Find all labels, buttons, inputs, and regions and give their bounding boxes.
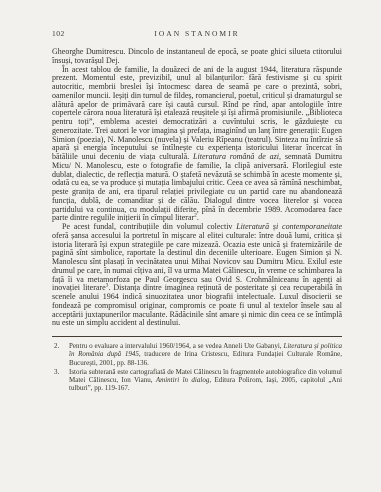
footnote-text: Istoria subterană este cartografiată de … [65,368,342,393]
footnote-item: 2.Pentru o evaluare a intervalului 1960/… [52,342,342,367]
footnote-item: 3.Istoria subterană este cartografiată d… [52,368,342,393]
text-run: În acest tablou de familie, la douăzeci … [52,65,342,162]
body-text: Gheorghe Dumitrescu. Dincolo de instanta… [52,48,342,328]
footnote-text: Pentru o evaluare a intervalului 1960/19… [65,342,342,367]
footnote-number: 2. [52,342,65,367]
text-run: Pe acest fundal, contribuțiile din volum… [62,222,236,231]
text-run: Gheorghe Dumitrescu. Dincolo de instanta… [52,47,342,65]
body-paragraph: Pe acest fundal, contribuțiile din volum… [52,223,342,328]
text-run: Pentru o evaluare a intervalului 1960/19… [69,342,283,350]
italic-text: Literatura română de azi [193,152,279,161]
running-header-title: IOAN STANOMIR [154,29,239,38]
footnotes: 2.Pentru o evaluare a intervalului 1960/… [52,342,342,393]
text-run: . [197,213,199,222]
text-run: , semnată Dumitru Micu/ N. Manolescu, es… [52,152,342,222]
page-number: 102 [52,29,65,38]
body-paragraph: Gheorghe Dumitrescu. Dincolo de instanta… [52,48,342,66]
body-paragraph: În acest tablou de familie, la douăzeci … [52,66,342,224]
italic-text: Literatură și contemporaneitate [236,222,342,231]
book-page: 102 IOAN STANOMIR Gheorghe Dumitrescu. D… [0,0,381,492]
text-column: 102 IOAN STANOMIR Gheorghe Dumitrescu. D… [52,29,342,394]
footnote-number: 3. [52,368,65,393]
footnote-separator [52,336,342,337]
running-header: 102 IOAN STANOMIR [52,29,342,39]
italic-text: Amintiri în dialog [156,376,209,384]
